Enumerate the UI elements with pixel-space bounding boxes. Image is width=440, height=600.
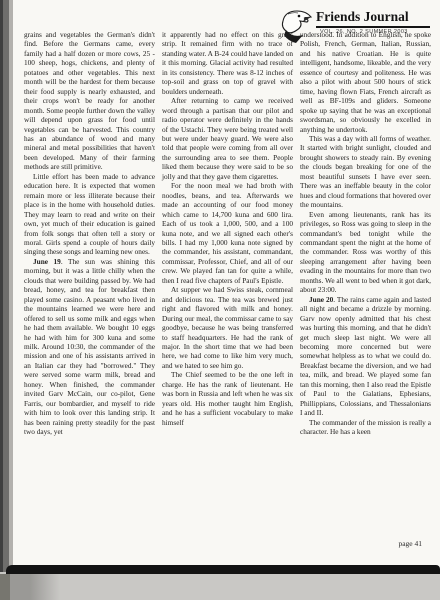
diary-date: June 20 xyxy=(309,295,333,304)
text-column-2: it apparently had no effect on this gras… xyxy=(162,30,293,436)
scanned-journal-photo: { "masthead": { "title": "Friends Journa… xyxy=(0,0,440,600)
diary-date: June 19 xyxy=(33,257,61,266)
text-column-1: grains and vegetables the German's didn'… xyxy=(24,30,155,436)
paragraph: June 19. The sun was shining this mornin… xyxy=(24,257,155,437)
paragraph: Little effort has been made to advance e… xyxy=(24,172,155,257)
backdrop-corner-shadow xyxy=(0,574,10,600)
article-columns: grains and vegetables the German's didn'… xyxy=(24,30,430,436)
paragraph: Even among lieutenants, rank has its pri… xyxy=(300,210,431,295)
backdrop-surface xyxy=(0,574,440,600)
paragraph: At supper we had Swiss steak, cornmeal a… xyxy=(162,285,293,370)
paragraph: After returning to camp we received word… xyxy=(162,96,293,181)
photo-left-edge xyxy=(0,0,14,572)
text-column-3: understood. In addition to English, he s… xyxy=(300,30,431,436)
journal-page: Friends Journal VOL. 26, NO. 2 SUMMER 20… xyxy=(0,0,440,570)
paragraph: it apparently had no effect on this gras… xyxy=(162,30,293,96)
page-number: page 41 xyxy=(398,539,422,548)
journal-title: Friends Journal xyxy=(316,9,430,28)
paragraph: June 20. The rains came again and lasted… xyxy=(300,295,431,418)
paragraph: The commander of the mission is really a… xyxy=(300,418,431,437)
paragraph: This was a day with all forms of weather… xyxy=(300,134,431,210)
paragraph: understood. In addition to English, he s… xyxy=(300,30,431,134)
paragraph: The Chief seemed to be the one left in c… xyxy=(162,370,293,427)
paragraph: grains and vegetables the German's didn'… xyxy=(24,30,155,172)
paragraph: For the noon meal we had broth with nood… xyxy=(162,181,293,285)
